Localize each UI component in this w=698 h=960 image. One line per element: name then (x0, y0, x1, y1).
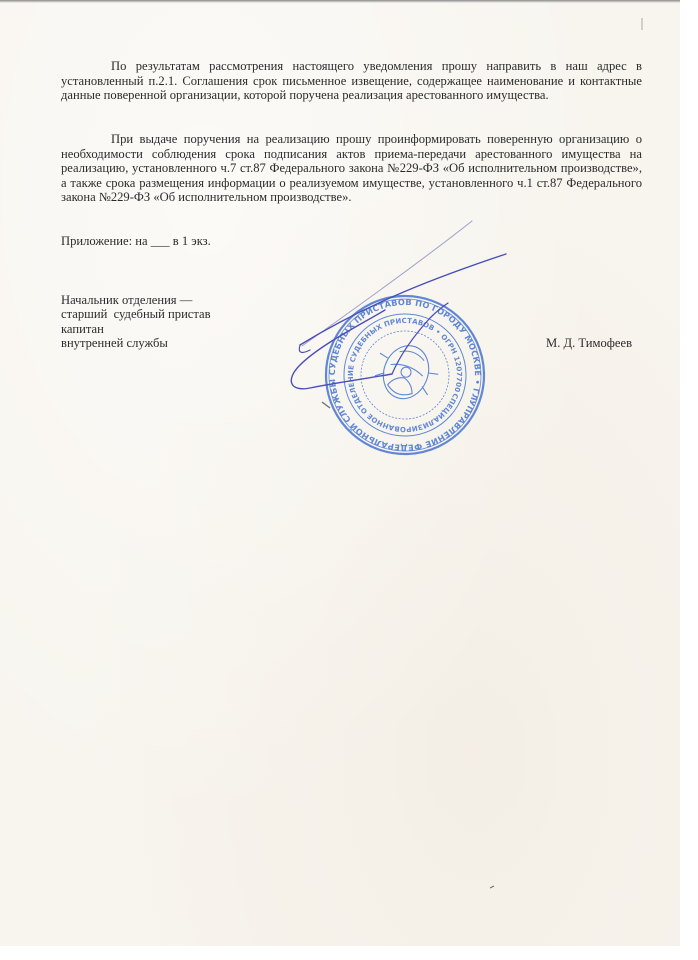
scan-edge-shadow (0, 0, 680, 3)
signer-position-line-1: Начальник отделения — (61, 293, 211, 307)
paragraph-text: По результатам рассмотрения настоящего у… (61, 59, 642, 103)
signer-rank-line-2: внутренней службы (61, 336, 211, 350)
attachment-line: Приложение: на ___ в 1 экз. (61, 234, 211, 249)
document-page: По результатам рассмотрения настоящего у… (0, 0, 680, 946)
body-paragraph-1: По результатам рассмотрения настоящего у… (61, 59, 642, 103)
body-paragraph-2: При выдаче поручения на реализацию прошу… (61, 132, 642, 205)
signer-rank-line-1: капитан (61, 322, 211, 336)
signer-position-line-2: старший судебный пристав (61, 307, 211, 321)
signer-name: М. Д. Тимофеев (546, 336, 632, 351)
paragraph-text: При выдаче поручения на реализацию прошу… (61, 132, 642, 205)
signature-title-block: Начальник отделения — старший судебный п… (61, 293, 211, 350)
